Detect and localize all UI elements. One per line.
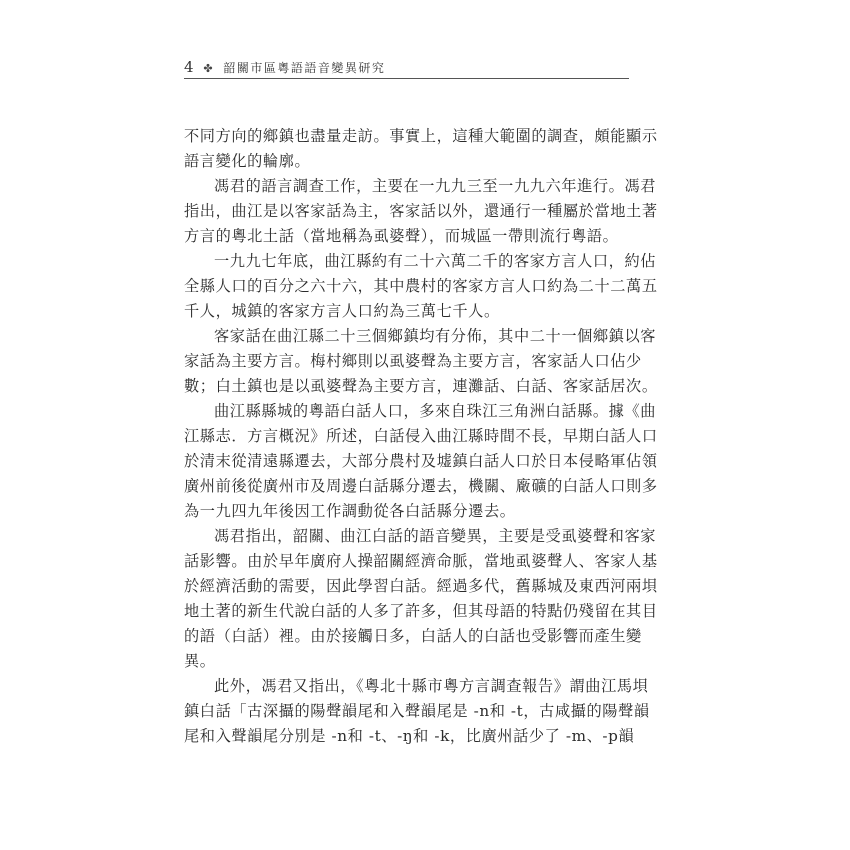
text-line: 異。 (184, 649, 630, 674)
paragraph: 客家話在曲江縣二十三個鄉鎮均有分佈，其中二十一個鄉鎮以客 家話為主要方言。梅村鄉… (184, 324, 630, 399)
paragraph: 一九九七年底，曲江縣約有二十六萬二千的客家方言人口，約佔 全縣人口的百分之六十六… (184, 249, 630, 324)
text-line: 話影響。由於早年廣府人操韶關經濟命脈，當地虱婆聲人、客家人基 (184, 549, 630, 574)
text-line: 全縣人口的百分之六十六，其中農村的客家方言人口約為二十二萬五 (184, 274, 630, 299)
paragraph: 不同方向的鄉鎮也盡量走訪。事實上，這種大範圍的調查，頗能顯示 語言變化的輪廓。 (184, 124, 630, 174)
text-line: 廣州前後從廣州市及周邊白話縣分遷去，機關、廠礦的白話人口則多 (184, 474, 630, 499)
ornament-icon: ✤ (203, 62, 214, 75)
text-line: 鎮白話「古深攝的陽聲韻尾和入聲韻尾是 -n和 -t，古咸攝的陽聲韻 (184, 699, 630, 724)
text-line: 尾和入聲韻尾分別是 -n和 -t、-ŋ和 -k，比廣州話少了 -m、-p韻 (184, 724, 630, 749)
text-line: 此外，馮君又指出，《粵北十縣市粵方言調查報告》謂曲江馬垻 (184, 674, 630, 699)
paragraph: 馮君指出，韶關、曲江白話的語音變異，主要是受虱婆聲和客家 話影響。由於早年廣府人… (184, 524, 630, 674)
text-line: 為一九四九年後因工作調動從各白話縣分遷去。 (184, 499, 630, 524)
body-text: 不同方向的鄉鎮也盡量走訪。事實上，這種大範圍的調查，頗能顯示 語言變化的輪廓。 … (184, 124, 630, 749)
paragraph: 馮君的語言調查工作，主要在一九九三至一九九六年進行。馮君 指出，曲江是以客家話為… (184, 174, 630, 249)
text-line: 曲江縣縣城的粵語白話人口，多來自珠江三角洲白話縣。據《曲 (184, 399, 630, 424)
text-line: 指出，曲江是以客家話為主，客家話以外，還通行一種屬於當地土著 (184, 199, 630, 224)
text-line: 於經濟活動的需要，因此學習白話。經過多代，舊縣城及東西河兩垻 (184, 574, 630, 599)
text-line: 馮君的語言調查工作，主要在一九九三至一九九六年進行。馮君 (184, 174, 630, 199)
paragraph: 此外，馮君又指出，《粵北十縣市粵方言調查報告》謂曲江馬垻 鎮白話「古深攝的陽聲韻… (184, 674, 630, 749)
paragraph: 曲江縣縣城的粵語白話人口，多來自珠江三角洲白話縣。據《曲 江縣志．方言概況》所述… (184, 399, 630, 524)
text-line: 數；白土鎮也是以虱婆聲為主要方言，連灘話、白話、客家話居次。 (184, 374, 630, 399)
text-line: 方言的粵北土話（當地稱為虱婆聲），而城區一帶則流行粵語。 (184, 224, 630, 249)
text-line: 馮君指出，韶關、曲江白話的語音變異，主要是受虱婆聲和客家 (184, 524, 630, 549)
text-line: 家話為主要方言。梅村鄉則以虱婆聲為主要方言，客家話人口佔少 (184, 349, 630, 374)
text-line: 客家話在曲江縣二十三個鄉鎮均有分佈，其中二十一個鄉鎮以客 (184, 324, 630, 349)
text-line: 不同方向的鄉鎮也盡量走訪。事實上，這種大範圍的調查，頗能顯示 (184, 124, 630, 149)
text-line: 地土著的新生代說白話的人多了許多，但其母語的特點仍殘留在其目 (184, 599, 630, 624)
text-line: 江縣志．方言概況》所述，白話侵入曲江縣時間不長，早期白話人口 (184, 424, 630, 449)
running-header: 4 ✤ 韶關市區粵語語音變異研究 (184, 58, 629, 79)
text-line: 於清末從清遠縣遷去，大部分農村及墟鎮白話人口於日本侵略軍佔領 (184, 449, 630, 474)
book-title: 韶關市區粵語語音變異研究 (223, 61, 385, 75)
text-line: 的語（白話）裡。由於接觸日多，白話人的白話也受影響而產生變 (184, 624, 630, 649)
text-line: 語言變化的輪廓。 (184, 149, 630, 174)
text-line: 一九九七年底，曲江縣約有二十六萬二千的客家方言人口，約佔 (184, 249, 630, 274)
text-line: 千人，城鎮的客家方言人口約為三萬七千人。 (184, 299, 630, 324)
page-number: 4 (184, 58, 195, 76)
